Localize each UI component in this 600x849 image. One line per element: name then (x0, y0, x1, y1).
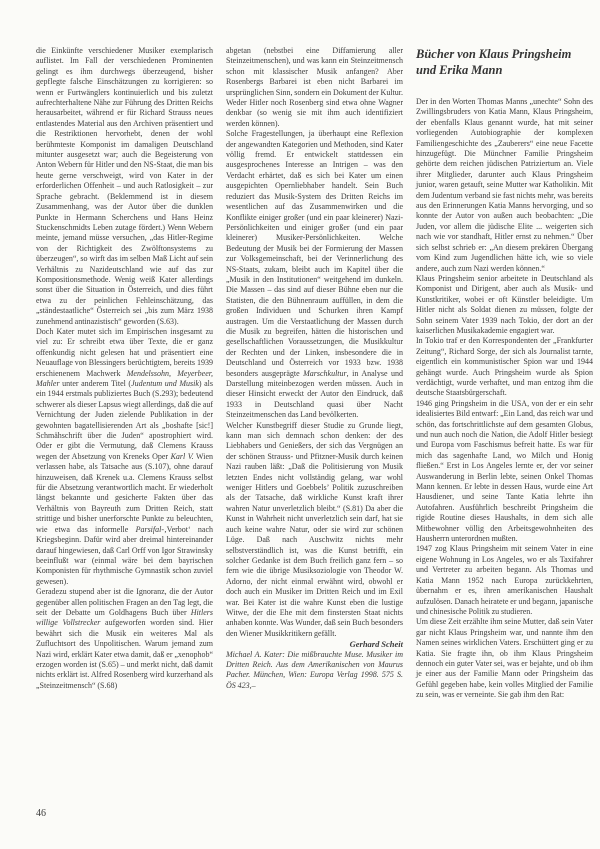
body-paragraph: Um diese Zeit erzählte ihm seine Mutter,… (416, 617, 593, 700)
body-paragraph: Geradezu stupend aber ist die Ignoranz, … (36, 587, 213, 691)
body-paragraph: Welcher Kunstbegriff dieser Studie zu Gr… (226, 421, 403, 640)
text-column-3: Bücher von Klaus Pringsheim und Erika Ma… (416, 46, 593, 701)
text-column-2: abgetan (nebstbei eine Diffamierung alle… (226, 46, 403, 701)
body-paragraph: In Tokio traf er den Korrespondenten der… (416, 336, 593, 398)
body-paragraph: Solche Fragestellungen, ja überhaupt ein… (226, 129, 403, 420)
body-paragraph: Doch Kater mutet sich im Empirischen ins… (36, 327, 213, 587)
reviewer-signature: Gerhard Scheit (226, 639, 403, 649)
three-column-layout: die Einkünfte verschiedener Musiker exem… (36, 46, 568, 701)
book-bibliography: Michael A. Kater: Die mißbrauchte Muse. … (226, 650, 403, 692)
page-number: 46 (36, 808, 46, 819)
body-paragraph: Klaus Pringsheim senior arbeitete in Deu… (416, 274, 593, 336)
body-paragraph: 1946 ging Pringsheim in die USA, von der… (416, 399, 593, 545)
body-paragraph: abgetan (nebstbei eine Diffamierung alle… (226, 46, 403, 129)
body-paragraph: die Einkünfte verschiedener Musiker exem… (36, 46, 213, 327)
journal-page: die Einkünfte verschiedener Musiker exem… (0, 0, 600, 849)
text-column-1: die Einkünfte verschiedener Musiker exem… (36, 46, 213, 701)
review-heading: Bücher von Klaus Pringsheim und Erika Ma… (416, 47, 593, 78)
body-paragraph: 1947 zog Klaus Pringsheim mit seinem Vat… (416, 544, 593, 617)
body-paragraph: Der in den Worten Thomas Manns „unechte“… (416, 97, 593, 274)
